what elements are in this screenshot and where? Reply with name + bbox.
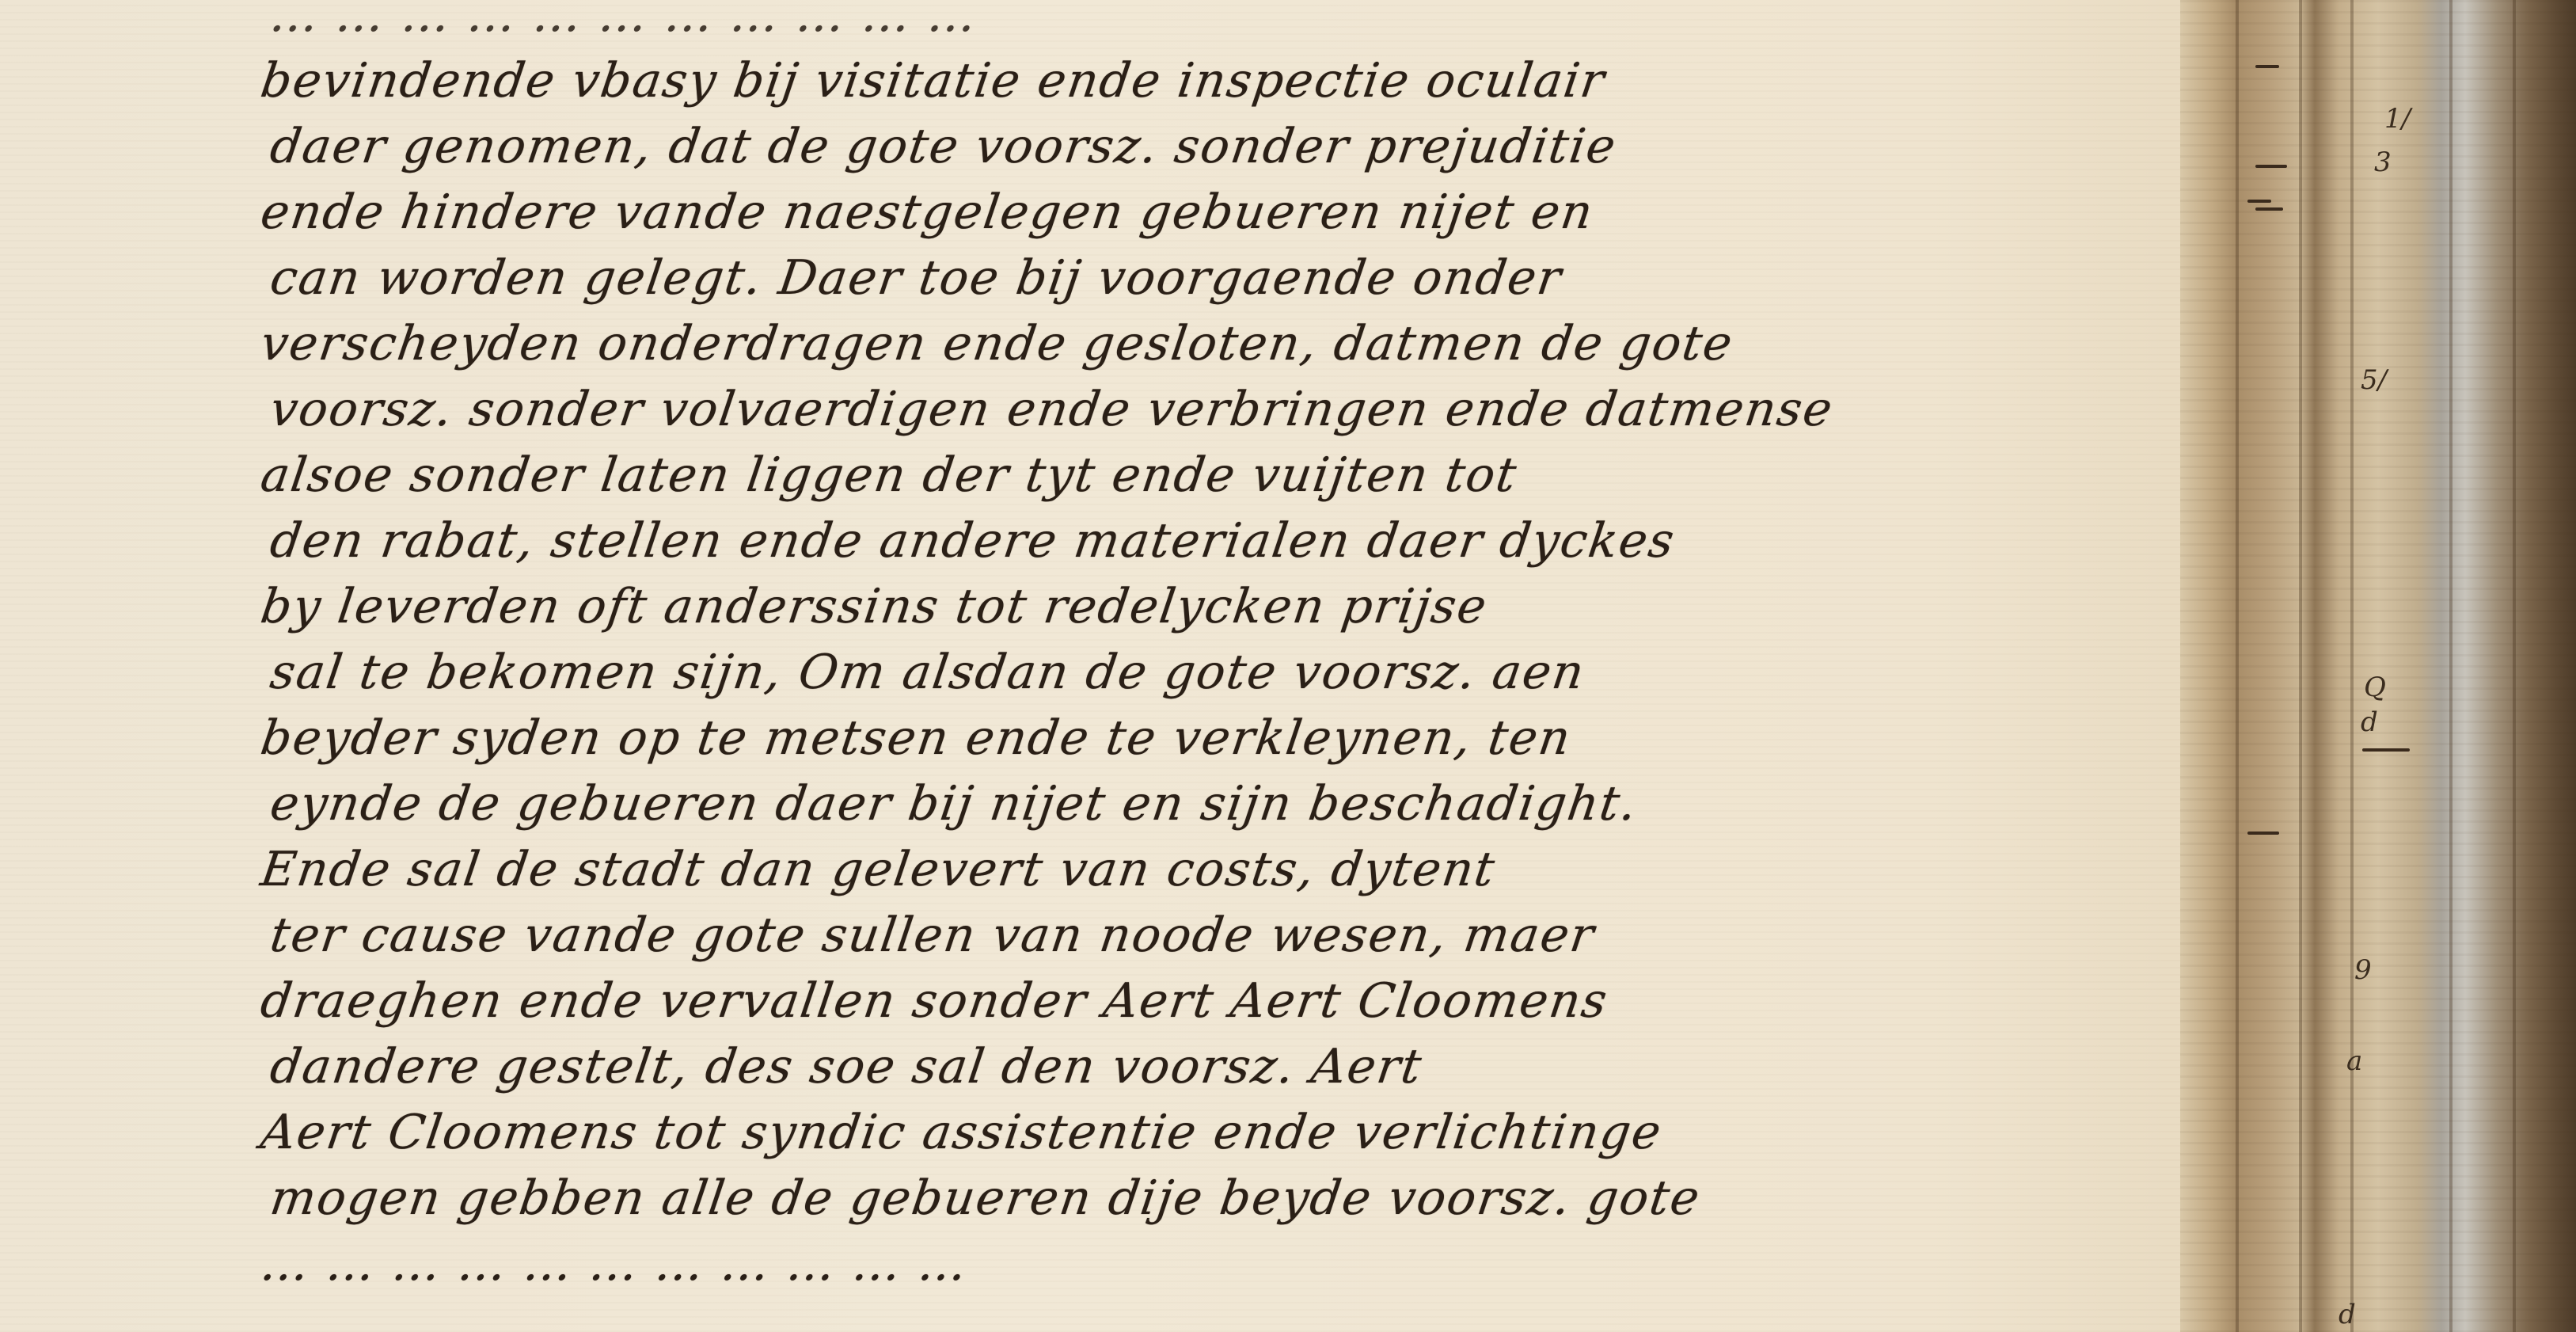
text-line: mogen gebben alle de gebueren dije beyde… [256, 1166, 2213, 1231]
text-line: alsoe sonder laten liggen der tyt ende v… [256, 443, 2213, 508]
handwritten-text-block: … … … … … … … … … … … bevindende vbasy b… [261, 0, 2209, 1297]
text-line: … … … … … … … … … … … [256, 1231, 2213, 1297]
text-line: ter cause vande gote sullen van noode we… [256, 903, 2213, 969]
margin-tick [2255, 165, 2287, 168]
margin-tick [2255, 207, 2283, 211]
text-line: verscheyden onderdragen ende gesloten, d… [256, 311, 2213, 377]
margin-note: d [2339, 1299, 2356, 1330]
text-line: by leverden oft anderssins tot redelycke… [256, 574, 2213, 640]
text-line: sal te bekomen sijn, Om alsdan de gote v… [256, 640, 2213, 706]
margin-tick [2255, 65, 2279, 68]
margin-note: 5/ [2361, 364, 2387, 396]
text-line: dandere gestelt, des soe sal den voorsz.… [256, 1034, 2213, 1100]
text-line: draeghen ende vervallen sonder Aert Aert… [256, 969, 2213, 1034]
text-line: Aert Cloomens tot syndic assistentie end… [256, 1100, 2213, 1166]
manuscript-page: … … … … … … … … … … … bevindende vbasy b… [0, 0, 2232, 1332]
page-fold-line [2236, 0, 2239, 1332]
page-fold-line [2350, 0, 2354, 1332]
text-line: Ende sal de stadt dan gelevert van costs… [256, 837, 2213, 903]
manuscript-scan: … … … … … … … … … … … bevindende vbasy b… [0, 0, 2576, 1332]
margin-note: 3 [2374, 147, 2392, 178]
text-line: den rabat, stellen ende andere materiale… [256, 508, 2213, 574]
margin-note: Q [2364, 672, 2386, 703]
text-line: can worden gelegt. Daer toe bij voorgaen… [256, 245, 2213, 311]
margin-note: a [2346, 1045, 2362, 1077]
text-line: bevindende vbasy bij visitatie ende insp… [256, 48, 2213, 114]
margin-note: 9 [2354, 954, 2372, 986]
page-fold-line [2513, 0, 2516, 1332]
text-line: voorsz. sonder volvaerdigen ende verbrin… [256, 377, 2213, 443]
text-line: ende hindere vande naestgelegen gebueren… [256, 180, 2213, 245]
text-line: beyder syden op te metsen ende te verkle… [256, 706, 2213, 771]
margin-tick [2247, 832, 2279, 835]
text-line-partial-top: … … … … … … … … … … … [256, 0, 2213, 48]
margin-tick [2362, 748, 2410, 752]
margin-note: d [2361, 706, 2378, 738]
book-page-edges: 1/ 3 5/ Q d 9 a d [2180, 0, 2576, 1332]
page-fold-line [2299, 0, 2302, 1332]
margin-tick [2247, 200, 2271, 203]
text-line: eynde de gebueren daer bij nijet en sijn… [256, 771, 2213, 837]
page-fold-line [2449, 0, 2453, 1332]
text-line: daer genomen, dat de gote voorsz. sonder… [256, 114, 2213, 180]
margin-note: 1/ [2384, 103, 2411, 135]
